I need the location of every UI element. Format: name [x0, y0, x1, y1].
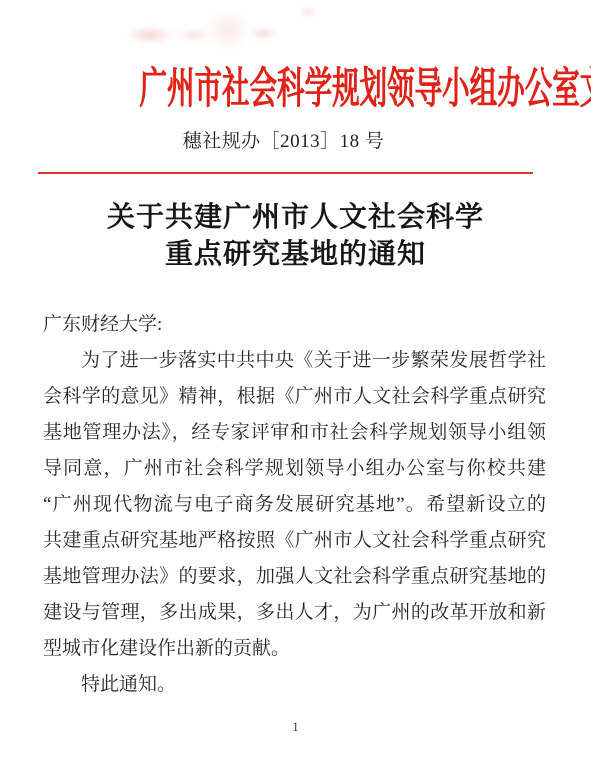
document-title: 关于共建广州市人文社会科学 重点研究基地的通知	[0, 199, 591, 273]
body-line: “广州现代物流与电子商务发展研究基地”。希望新设立的	[43, 487, 546, 523]
body-line: 基地管理办法》，经专家评审和市社会科学规划领导小组领	[43, 415, 546, 451]
letterhead-divider-rule	[38, 172, 533, 174]
body-line: 建设与管理，多出成果，多出人才，为广州的改革开放和新	[43, 595, 546, 631]
scan-smudge	[248, 27, 278, 40]
page-number: 1	[0, 719, 591, 734]
letterhead-org-title-text: 广州市社会科学规划领导小组办公室文件	[139, 67, 591, 112]
body-line: 导同意，广州市社会科学规划领导小组办公室与你校共建	[43, 451, 546, 487]
salutation: 广东财经大学:	[43, 307, 546, 343]
body-line: 共建重点研究基地严格按照《广州市人文社会科学重点研究	[43, 523, 546, 559]
document-page: 广州市社会科学规划领导小组办公室文件 穗社规办［2013］18 号 关于共建广州…	[0, 0, 591, 761]
scan-smudge	[206, 10, 250, 50]
body-line: 型城市化建设作出新的贡献。	[43, 631, 546, 667]
document-title-line-2: 重点研究基地的通知	[0, 236, 591, 273]
scan-smudge	[178, 28, 210, 42]
body-line: 基地管理办法》的要求，加强人文社会科学重点研究基地的	[43, 559, 546, 595]
document-body: 广东财经大学: 为了进一步落实中共中央《关于进一步繁荣发展哲学社 会科学的意见》…	[43, 307, 546, 703]
scan-smudge	[126, 26, 174, 44]
closing-line: 特此通知。	[43, 667, 546, 703]
scan-smudge	[300, 6, 316, 18]
document-title-line-1: 关于共建广州市人文社会科学	[0, 199, 591, 236]
body-line: 会科学的意见》精神，根据《广州市人文社会科学重点研究	[43, 379, 546, 415]
letterhead-org-title: 广州市社会科学规划领导小组办公室文件	[0, 67, 591, 112]
document-number: 穗社规办［2013］18 号	[0, 131, 579, 153]
body-line: 为了进一步落实中共中央《关于进一步繁荣发展哲学社	[43, 343, 546, 379]
